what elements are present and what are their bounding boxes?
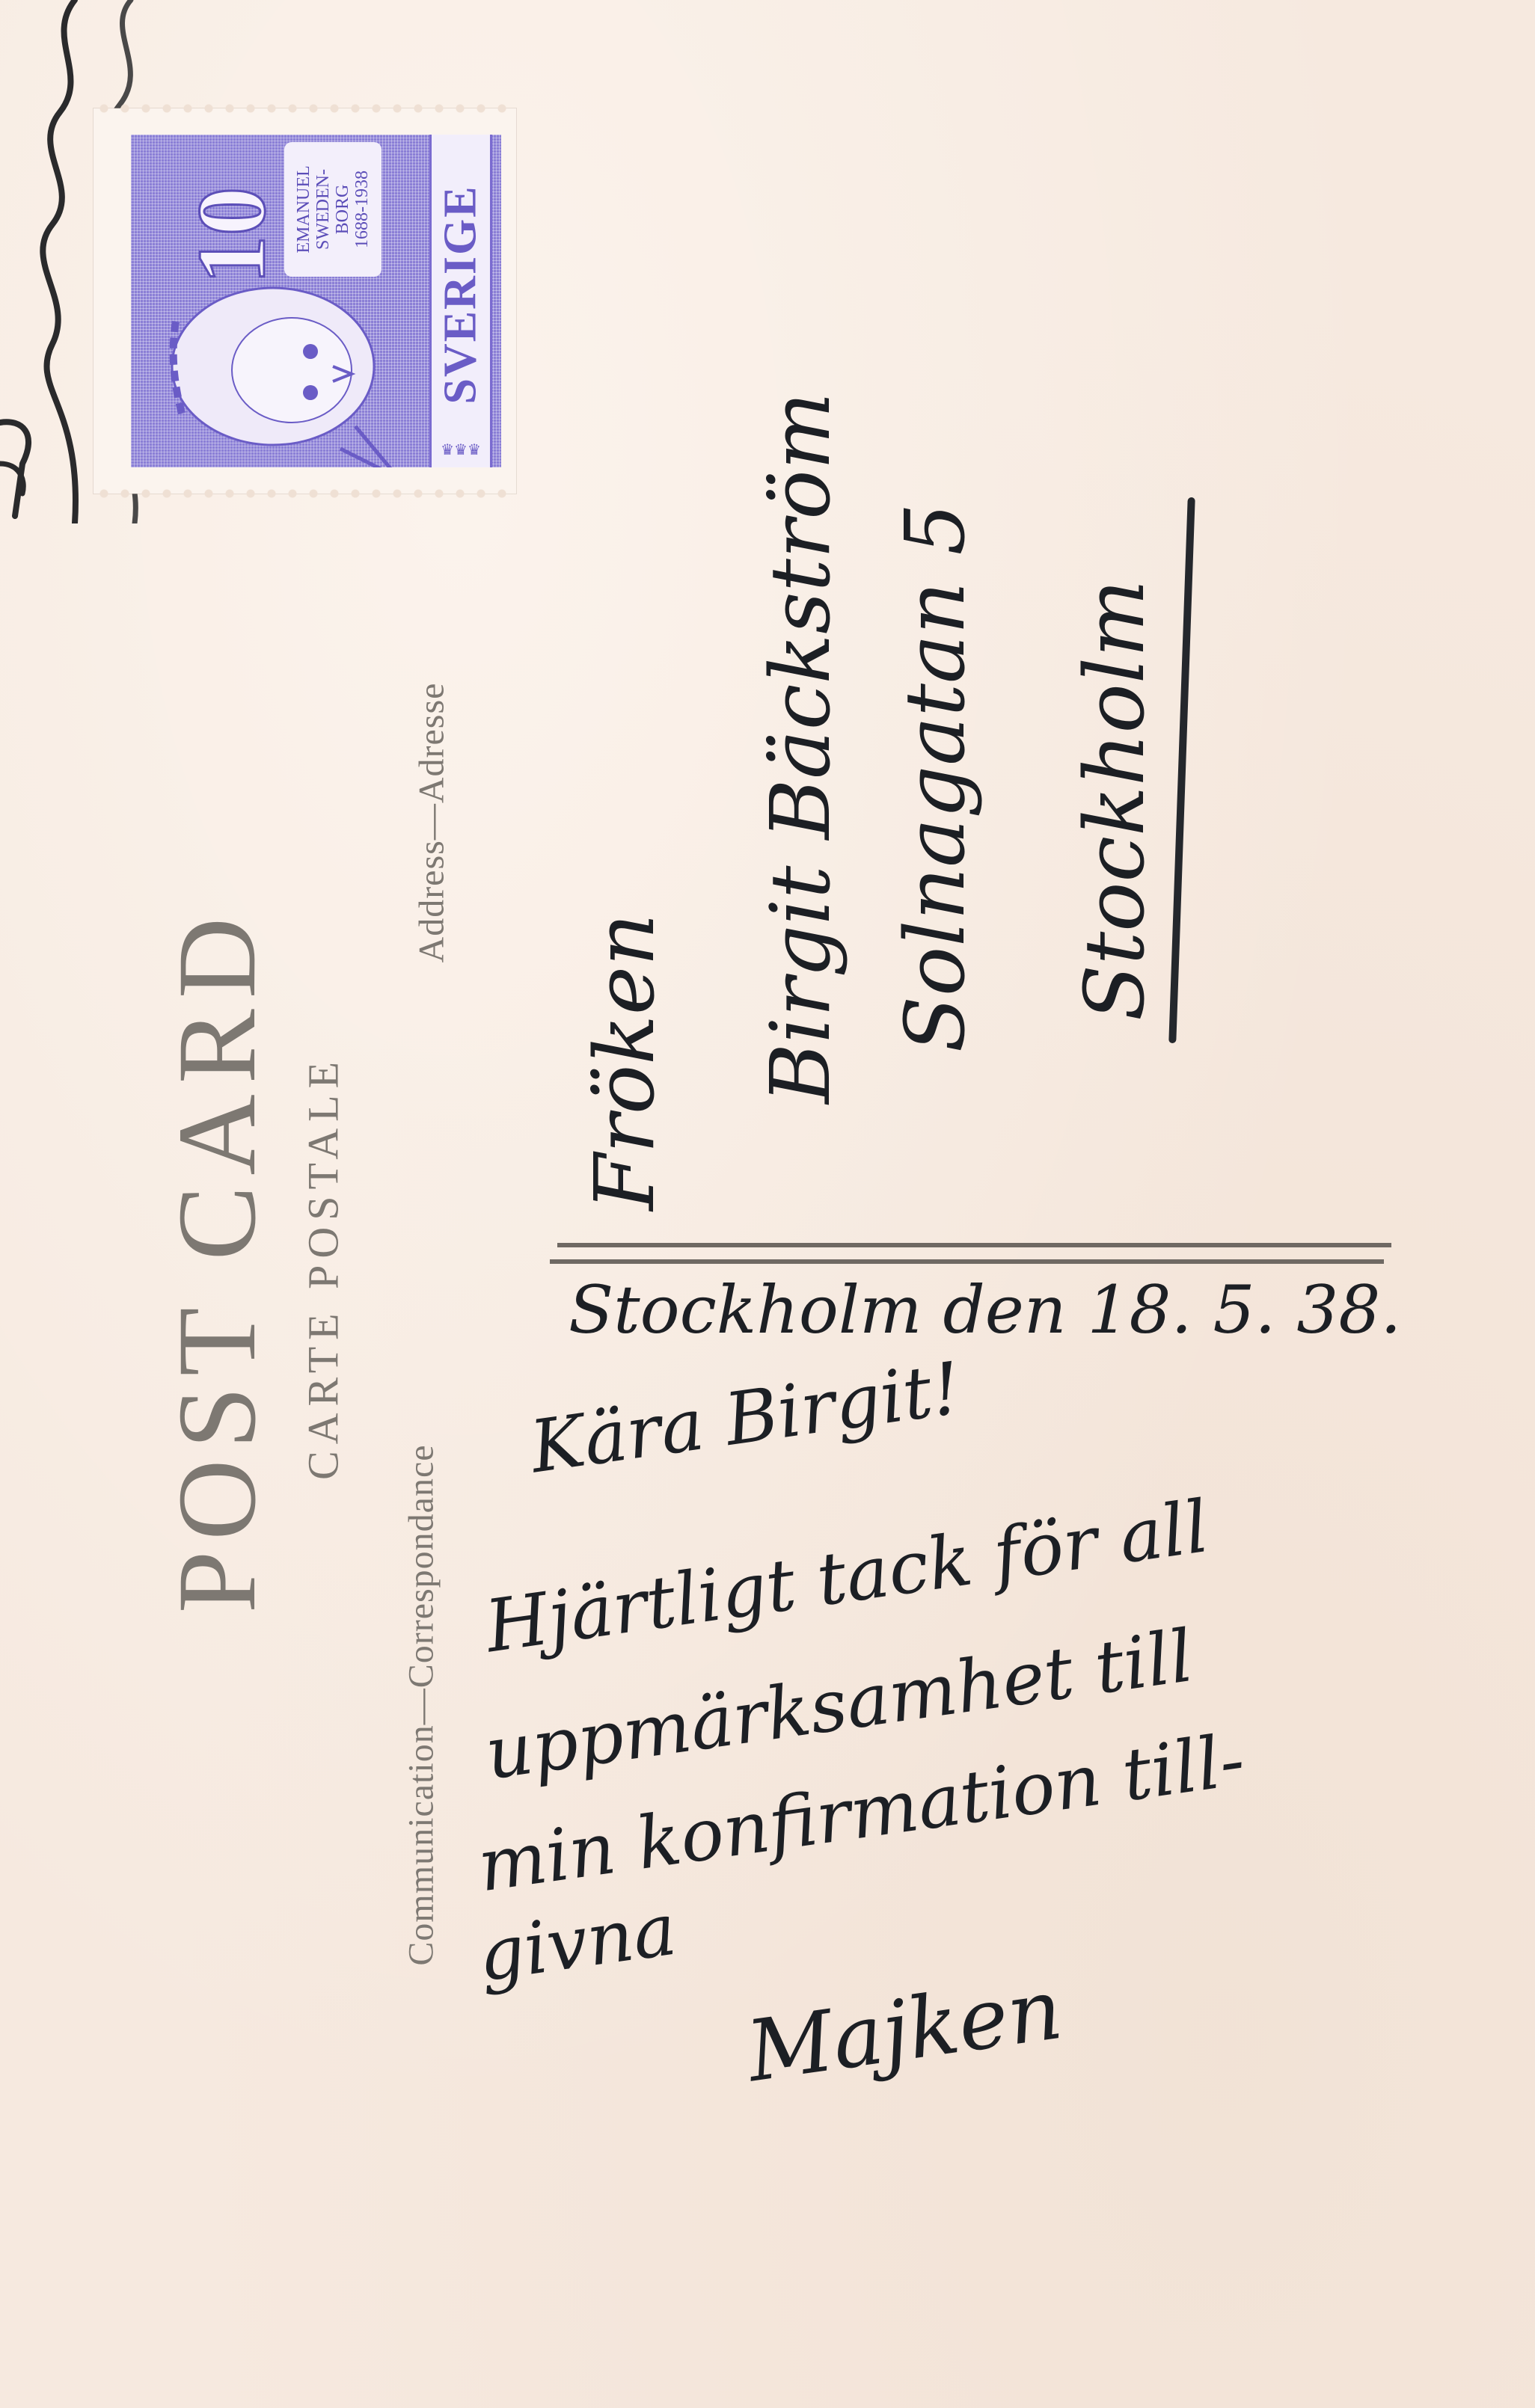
three-crowns-icon: ♛♛♛ — [441, 443, 481, 457]
stamp-country: SVERIGE — [435, 185, 488, 404]
communication-label: Communication—Correspondance — [401, 1444, 442, 1965]
divider-line-bottom — [550, 1259, 1384, 1264]
stamp-country-band: SVERIGE ♛♛♛ — [429, 135, 492, 467]
stamp-label-line: 1688-1938 — [352, 165, 372, 253]
stamp-label-line: EMANUEL — [294, 165, 313, 253]
stamp-label-text: EMANUEL SWEDEN- BORG 1688-1938 — [294, 165, 372, 253]
stamp-value: 10 — [183, 187, 281, 284]
address-line-street: Solnagatan 5 — [887, 503, 983, 1053]
post-card-title: POST CARD — [153, 907, 281, 1613]
stamp-label-line: SWEDEN- — [313, 165, 333, 253]
stamp-label-line: BORG — [333, 165, 352, 253]
greeting: Kära Birgit! — [525, 1346, 966, 1489]
divider-line-top — [557, 1243, 1391, 1247]
place-date: Stockholm den 18. 5. 38. — [569, 1271, 1401, 1348]
city-underline — [1168, 497, 1195, 1043]
address-line-name: Birgit Bäckström — [753, 392, 848, 1104]
carte-postale-subtitle: CARTE POSTALE — [298, 1055, 349, 1480]
signature: Majken — [741, 1961, 1067, 2101]
postage-stamp: 10 EMANUEL SWEDEN- BORG 1688-1938 SVERIG… — [131, 135, 501, 467]
stamp-label-tablet: EMANUEL SWEDEN- BORG 1688-1938 — [284, 142, 382, 277]
address-label: Address—Adresse — [411, 683, 453, 963]
address-line-city: Stockholm — [1067, 580, 1162, 1022]
address-line-title: Fröken — [577, 913, 672, 1211]
portrait-icon — [161, 277, 393, 467]
